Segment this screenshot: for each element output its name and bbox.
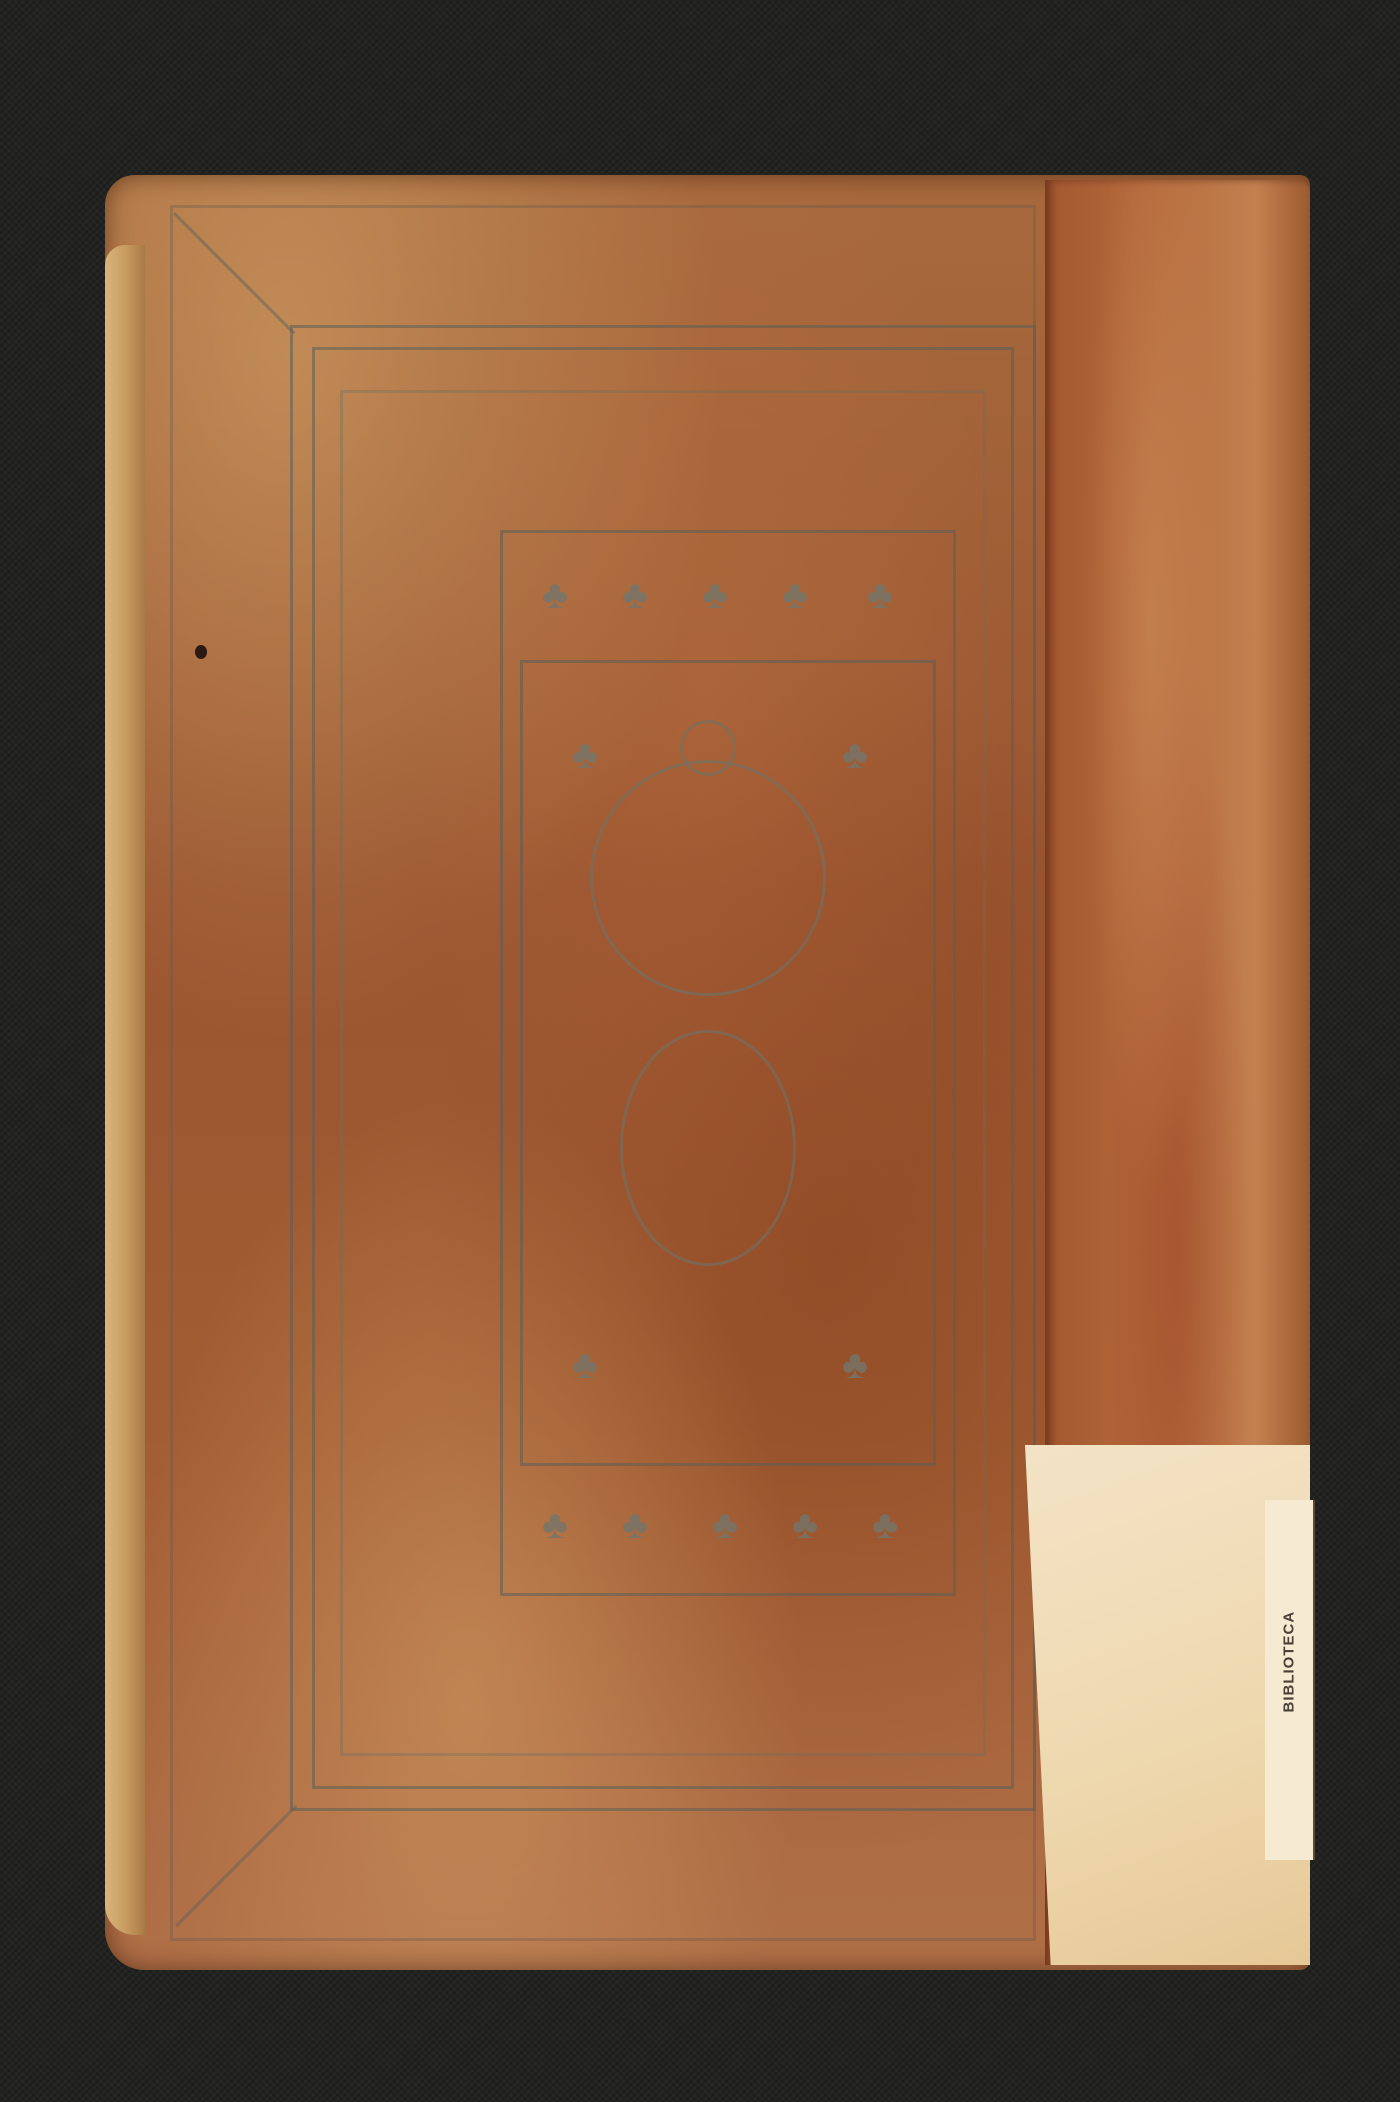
library-label-text: BIBLIOTECA: [1281, 1665, 1298, 1713]
fleuron-icon: ♣: [705, 1490, 745, 1560]
center-ornament: [680, 720, 736, 776]
fleuron-icon: ♣: [865, 1490, 905, 1560]
fleuron-icon: ♣: [785, 1490, 825, 1560]
fore-edge: [105, 245, 145, 1935]
fleuron-icon: ♣: [565, 720, 605, 790]
fleuron-icon: ♣: [775, 560, 815, 630]
fleuron-icon: ♣: [535, 1490, 575, 1560]
center-ornament: [620, 1030, 796, 1266]
fleuron-icon: ♣: [695, 560, 735, 630]
fleuron-icon: ♣: [835, 1330, 875, 1400]
center-ornament: [590, 760, 826, 996]
fleuron-icon: ♣: [565, 1330, 605, 1400]
wormhole: [195, 645, 207, 659]
fleuron-icon: ♣: [835, 720, 875, 790]
fleuron-icon: ♣: [615, 1490, 655, 1560]
fleuron-icon: ♣: [615, 560, 655, 630]
fleuron-icon: ♣: [860, 560, 900, 630]
fleuron-icon: ♣: [535, 560, 575, 630]
